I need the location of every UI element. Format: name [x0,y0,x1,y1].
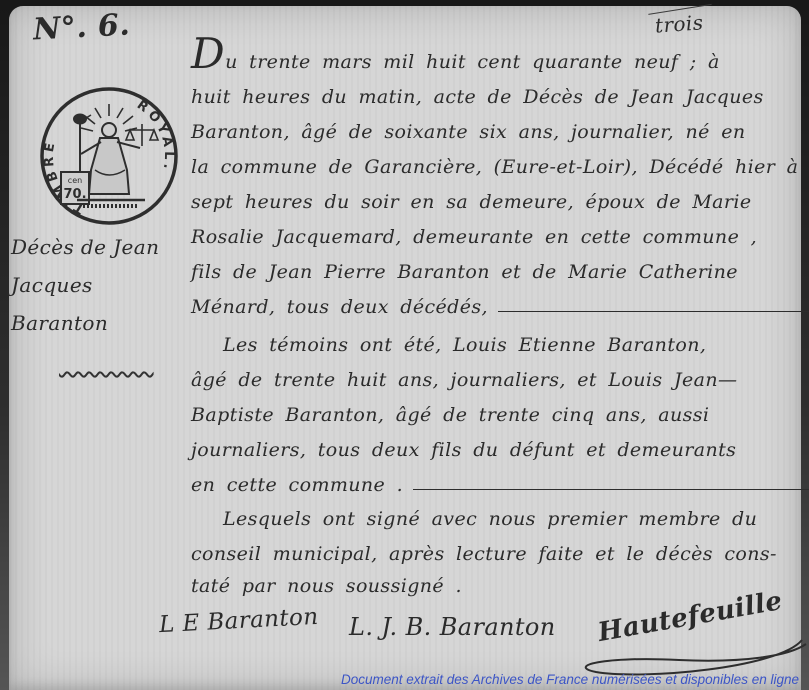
act-line: Les témoins ont été, Louis Etienne Baran… [191,334,809,356]
act-line: Rosalie Jacquemard, demeurante en cette … [191,226,809,248]
margin-note: Décès de Jean Jacques Baranton [11,228,189,382]
act-line: huit heures du matin, acte de Décès de J… [191,86,809,108]
act-line: Du trente mars mil huit cent quarante ne… [191,44,809,73]
act-line: fils de Jean Pierre Baranton et de Marie… [191,261,809,283]
act-line: sept heures du soir en sa demeure, époux… [191,191,809,213]
svg-text:ROYAL.: ROYAL. [134,98,176,175]
margin-note-line1: Décès de Jean [11,228,189,266]
act-line: en cette commune . [191,474,809,496]
act-line: journaliers, tous deux fils du défunt et… [191,439,809,461]
archives-credit: Document extrait des Archives de France … [341,672,799,687]
act-number: N°. 6. [32,7,131,47]
timbre-royal-stamp-icon: TIMBRE ROYAL. [37,84,181,228]
margin-note-line2: Jacques Baranton [11,266,189,342]
act-line: taté par nous soussigné . [191,575,809,597]
filler-rule [413,489,809,490]
act-line: conseil municipal, après lecture faite e… [191,543,809,565]
signature-l-j-b-baranton: L. J. B. Baranton [349,613,556,641]
act-line: Lesquels ont signé avec nous premier mem… [191,508,809,530]
rooster-staff-icon [74,115,91,177]
filler-rule [498,311,809,312]
flourish-squiggle [59,344,165,382]
act-line: âgé de trente huit ans, journaliers, et … [191,369,809,391]
denomination-unit-label: cen [68,176,82,185]
act-line: la commune de Garancière, (Eure-et-Loir)… [191,156,809,178]
signature-l-e-baranton: L E Baranton [158,604,319,638]
act-line: Baptiste Baranton, âgé de trente cinq an… [191,404,809,426]
act-line: Ménard, tous deux décédés, [191,296,809,318]
stamp-arc-right-label: ROYAL. [134,98,176,175]
scanned-death-record-page: N°. 6. trois TIMBRE ROYAL. [0,0,809,690]
paper-sheet: N°. 6. trois TIMBRE ROYAL. [9,6,801,690]
act-line: Baranton, âgé de soixante six ans, journ… [191,121,809,143]
folio-word: trois [654,10,704,37]
